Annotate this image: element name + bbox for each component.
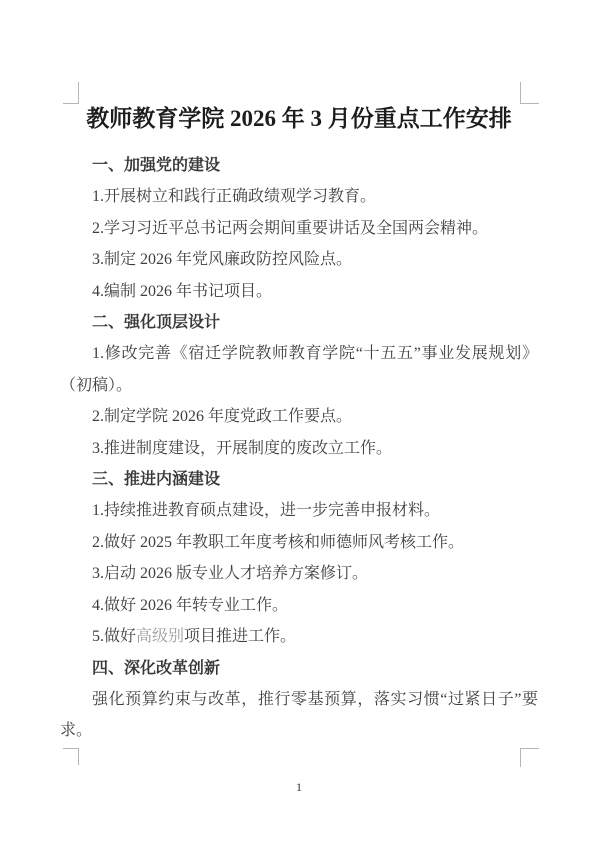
paragraph-item: 3.制定 2026 年党风廉政防控风险点。 [60,244,538,275]
document-body: 一、加强党的建设1.开展树立和践行正确政绩观学习教育。2.学习习近平总书记两会期… [60,150,538,747]
muted-text: 高级别 [136,628,184,645]
paragraph-item: 1.开展树立和践行正确政绩观学习教育。 [60,181,538,212]
paragraph-item: 1.持续推进教育硕点建设，进一步完善申报材料。 [60,495,538,526]
paragraph-item: 强化预算约束与改革，推行零基预算，落实习惯“过紧日子”要求。 [60,684,538,747]
text-run: 5.做好 [92,628,136,645]
paragraph-item: 3.启动 2026 版专业人才培养方案修订。 [60,558,538,589]
text-run: 项目推进工作。 [184,628,296,645]
paragraph-item: 2.做好 2025 年教职工年度考核和师德师风考核工作。 [60,527,538,558]
paragraph-item: 4.编制 2026 年书记项目。 [60,276,538,307]
page-number: 1 [0,780,598,795]
section-heading: 一、加强党的建设 [60,150,538,181]
section-heading: 二、强化顶层设计 [60,307,538,338]
paragraph-item: 3.推进制度建设，开展制度的废改立工作。 [60,433,538,464]
document-content: 教师教育学院 2026 年 3 月份重点工作安排 一、加强党的建设1.开展树立和… [60,100,538,747]
crop-mark-bottom-left [63,748,79,765]
paragraph-item: 2.制定学院 2026 年度党政工作要点。 [60,401,538,432]
paragraph-item: 4.做好 2026 年转专业工作。 [60,590,538,621]
crop-mark-bottom-right [520,748,539,767]
document-page: 教师教育学院 2026 年 3 月份重点工作安排 一、加强党的建设1.开展树立和… [0,0,598,851]
document-title: 教师教育学院 2026 年 3 月份重点工作安排 [60,100,538,138]
paragraph-item: 2.学习习近平总书记两会期间重要讲话及全国两会精神。 [60,213,538,244]
paragraph-item: 1.修改完善《宿迁学院教师教育学院“十五五”事业发展规划》（初稿）。 [60,338,538,401]
section-heading: 三、推进内涵建设 [60,464,538,495]
section-heading: 四、深化改革创新 [60,653,538,684]
paragraph-item: 5.做好高级别项目推进工作。 [60,621,538,652]
